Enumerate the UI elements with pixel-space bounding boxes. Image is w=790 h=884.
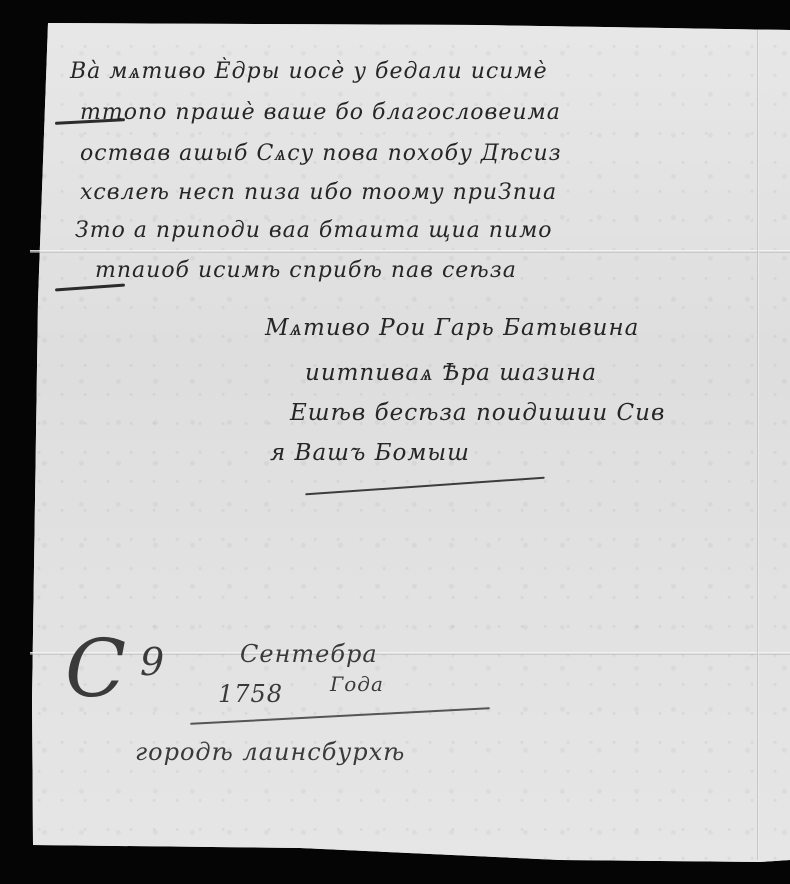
- letter-line-4: хсвлеѣ несп пиза ибо тоому приЗпиа: [80, 180, 557, 205]
- date-month: Сентебра: [240, 640, 378, 668]
- signature-line-3: Ешѣв бесѣза поидишии Сив: [290, 400, 665, 426]
- date-year-suffix: Года: [330, 672, 384, 696]
- paper-fold-vertical: [757, 30, 759, 860]
- letter-line-6: тпаиоб исимѣ сприбѣ пав сеѣза: [95, 258, 517, 283]
- letter-line-3: оствав ашыб Сѧсу пова похобу Дѣсиз: [80, 140, 562, 166]
- date-initial-letter: С: [65, 622, 126, 715]
- signature-line-1: Мѧтиво Рои Гарь Батывина: [265, 315, 639, 341]
- letter-line-1: Ва̀ мѧтиво Ѐдры иосѐ у бедали исимѐ: [70, 58, 548, 84]
- signature-line-2: иитпиваѧ Ѣра шазина: [305, 360, 597, 386]
- paper-fold-horizontal-upper: [30, 250, 790, 253]
- signature-line-4: я Вашъ Бомыш: [270, 440, 470, 466]
- date-place: городѣ лаинсбурхѣ: [135, 738, 405, 766]
- letter-line-2: ттопо прашѐ ваше бо благословеима: [80, 100, 561, 125]
- letter-line-5: Зто а приподи ваа бтаита щиа пимо: [75, 218, 553, 243]
- date-day: 9: [140, 640, 165, 684]
- date-year: 1758: [218, 680, 283, 708]
